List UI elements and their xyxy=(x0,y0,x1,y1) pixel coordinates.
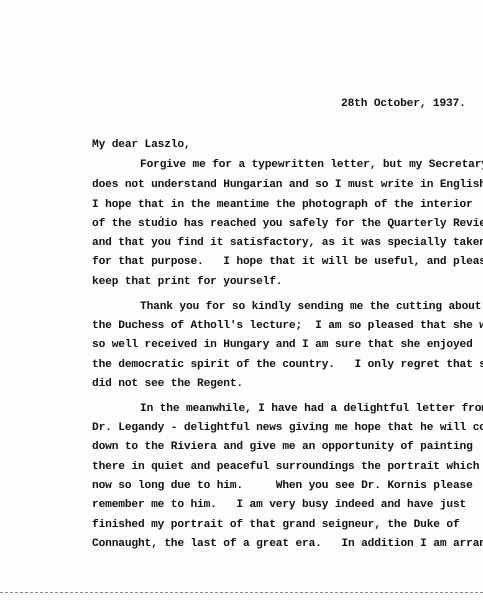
text-line: remember me to him. I am very busy indee… xyxy=(92,499,466,512)
page-bottom-edge xyxy=(0,592,483,594)
text-line: the democratic spirit of the country. I … xyxy=(92,359,483,372)
text-line: down to the Riviera and give me an oppor… xyxy=(92,441,473,454)
text-line: of the studio has reached you safely for… xyxy=(92,218,483,231)
text-line: and that you find it satisfactory, as it… xyxy=(92,237,483,250)
text-line: the Duchess of Atholl's lecture; I am so… xyxy=(92,320,483,333)
text-line: In the meanwhile, I have had a delightfu… xyxy=(140,403,483,416)
scan-speck xyxy=(160,216,162,218)
text-line: keep that print for yourself. xyxy=(92,276,282,289)
text-line: Forgive me for a typewritten letter, but… xyxy=(140,159,483,172)
text-line: for that purpose. I hope that it will be… xyxy=(92,256,483,269)
text-line: I hope that in the meantime the photogra… xyxy=(92,199,473,212)
text-line: finished my portrait of that grand seign… xyxy=(92,519,460,532)
letter-date: 28th October, 1937. xyxy=(341,98,466,111)
salutation: My dear Laszlo, xyxy=(92,139,190,152)
text-line: does not understand Hungarian and so I m… xyxy=(92,179,483,192)
letter-page: 28th October, 1937. My dear Laszlo, Forg… xyxy=(0,0,483,600)
text-line: there in quiet and peaceful surroundings… xyxy=(92,461,483,474)
text-line: Dr. Legandy - delightful news giving me … xyxy=(92,422,483,435)
text-line: Connaught, the last of a great era. In a… xyxy=(92,538,483,551)
text-line: now so long due to him. When you see Dr.… xyxy=(92,480,473,493)
text-line: so well received in Hungary and I am sur… xyxy=(92,339,473,352)
text-line: did not see the Regent. xyxy=(92,378,243,391)
text-line: Thank you for so kindly sending me the c… xyxy=(140,301,481,314)
